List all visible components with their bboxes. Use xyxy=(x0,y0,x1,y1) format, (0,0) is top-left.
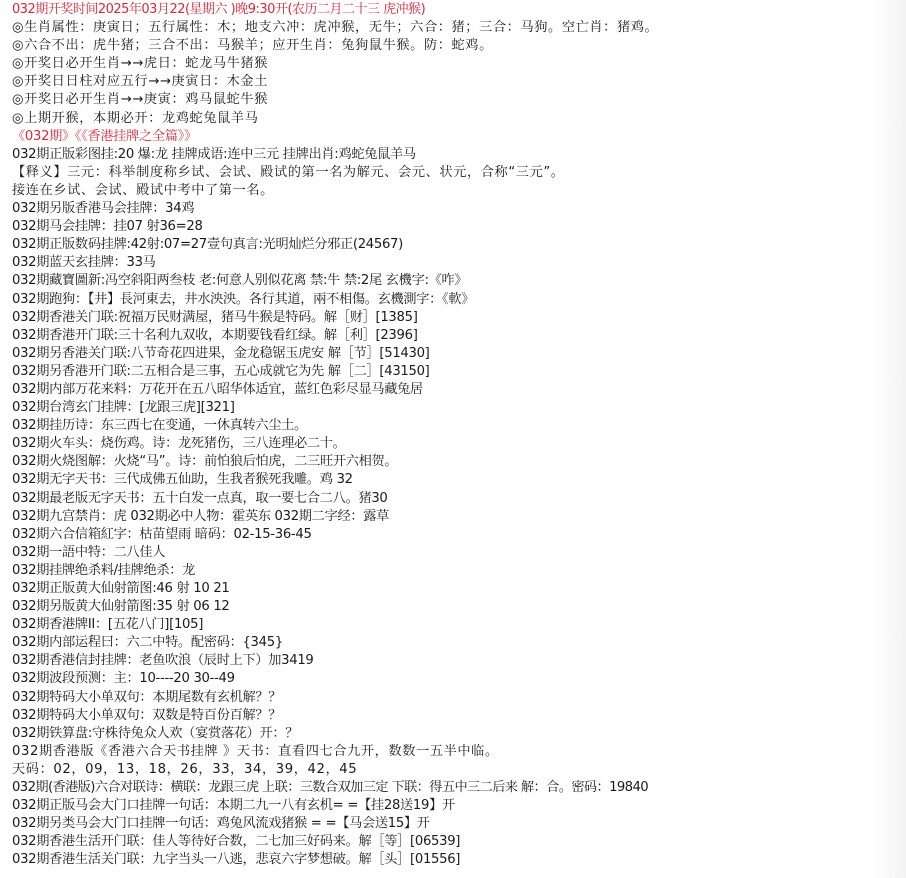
entry-line: 032期另香港关门联:八节奇花四进果，金龙稳锯玉虎安 解［节］[51430] xyxy=(12,345,906,363)
entry-line: 032期香港信封挂牌：老鱼吹浪（辰时上下）加3419 xyxy=(12,652,906,670)
entry-line: 032期马会挂牌：挂07 射36=28 xyxy=(12,218,906,236)
entry-line: 032期另香港开门联:二五相合是三事，五心成就它为先 解［二］[43150] xyxy=(12,363,906,381)
entry-line: 032期香港版《香港六合天书挂牌 》天书：直看四七合九开，数数一五半中临。 xyxy=(12,743,906,761)
entry-line: 032期另版香港马会挂牌：34鸡 xyxy=(12,200,906,218)
entry-line: 032期正版彩图挂:20 爆:龙 挂牌成语:连中三元 挂牌出肖:鸡蛇兔鼠羊马 xyxy=(12,146,906,164)
entry-line: 032期特码大小单双句：本期尾数有玄机解？？ xyxy=(12,689,906,707)
entry-line: 接连在乡试、会试、殿试中考中了第一名。 xyxy=(12,182,906,200)
entry-line: 032期火烧图解：火烧“马”。诗：前怕狼后怕虎，二三旺开六相贺。 xyxy=(12,453,906,471)
entry-line: 032期内部万花来料：万花开在五八昭华体适宜，蓝红色彩尽显马藏兔居 xyxy=(12,381,906,399)
entry-line: 032期藏寶圖新:冯空斜阳两叁枝 老:何意人别似花离 禁:牛 禁:2尾 玄機字:… xyxy=(12,272,906,290)
gengyin-must-zodiac-line: ◎开奖日必开生肖→→庚寅：鸡马鼠蛇牛猴 xyxy=(12,91,906,109)
entry-line: 032期另类马会大门口挂牌一句话：鸡兔风流戏猪猴 = =【马会送15】开 xyxy=(12,815,906,833)
entry-line: 032期香港开门联:三十名利九双收，本期要钱看红绿。解［利］[2396] xyxy=(12,327,906,345)
entry-line: 032期铁算盘:守株待兔众人欢（宴赏落花）开：？ xyxy=(12,725,906,743)
entry-line: 032期挂历诗：东三西七在变通，一休真转六尘土。 xyxy=(12,417,906,435)
entry-line: 032期蓝天玄挂牌：33马 xyxy=(12,254,906,272)
entry-line: 032期正版数码挂牌:42射:07=27壹句真言:光明灿烂分邪正(24567) xyxy=(12,236,906,254)
entry-line: 032期特码大小单双句：双数是特百份百解？？ xyxy=(12,707,906,725)
entry-line: 032期最老版无字天书：五十白发一点真，取一要七合二八。猪30 xyxy=(12,490,906,508)
entry-line: 032期另版黄大仙射箭图:35 射 06 12 xyxy=(12,598,906,616)
entry-line: 032期火车头：烧伤鸡。诗：龙死猪伤，三八连理必二十。 xyxy=(12,435,906,453)
entry-line: 032期台湾玄门挂牌：[龙跟三虎][321] xyxy=(12,399,906,417)
entry-line: 032期香港牌II：[五花八门][105] xyxy=(12,616,906,634)
entry-line: 032期香港生活开门联：佳人等待好合数，二七加三好码来。解［等］[06539] xyxy=(12,833,906,851)
last-period-line: ◎上期开猴，本期必开：龙鸡蛇兔鼠羊马 xyxy=(12,110,906,128)
entry-line: 032期无字天书：三代成佛五仙助，生我者猴死我雕。鸡 32 xyxy=(12,471,906,489)
document-body: 032期开奖时间2025年03月22(星期六 )晚9:30开(农历二月二十三 虎… xyxy=(0,0,906,870)
draw-time-header: 032期开奖时间2025年03月22(星期六 )晚9:30开(农历二月二十三 虎… xyxy=(12,1,906,19)
draw-day-must-zodiac-line: ◎开奖日必开生肖→→虎日：蛇龙马牛猪猴 xyxy=(12,55,906,73)
entry-line: 天码：02，09，13，18，26，33，34，39，42，45 xyxy=(12,761,906,779)
lottery-forecast-document: 032期开奖时间2025年03月22(星期六 )晚9:30开(农历二月二十三 虎… xyxy=(0,0,906,878)
entry-line: 032期九宫禁肖：虎 032期必中人物：霍英东 032期二字经：露草 xyxy=(12,508,906,526)
draw-day-wuxing-line: ◎开奖日日柱对应五行→→庚寅日：木金土 xyxy=(12,73,906,91)
entry-line: 032期内部运程曰：六二中特。配密码：{345} xyxy=(12,634,906,652)
entry-line: 032期香港生活关门联：九字当头一八逃，悲哀六字梦想破。解［头］[01556] xyxy=(12,851,906,869)
entry-line: 032期一語中特：二八佳人 xyxy=(12,544,906,562)
section-title: 《032期》《《香港挂牌之全篇》》 xyxy=(12,128,906,146)
entry-line: 032期跑狗：【井】長河東去，井水泱泱。各行其道，兩不相傷。玄機測字：《軟》 xyxy=(12,291,906,309)
entry-line: 032期正版马会大门口挂牌一句话：本期二九一八有玄机= =【挂28送19】开 xyxy=(12,797,906,815)
entry-line: 032期挂牌绝杀料/挂牌绝杀：龙 xyxy=(12,562,906,580)
entry-line: 032期(香港版)六合对联诗：横联：龙跟三虎 上联：三数合双加三定 下联：得五中… xyxy=(12,779,906,797)
entry-line: 032期六合信箱紅字：枯苗望雨 暗码：02-15-36-45 xyxy=(12,526,906,544)
entry-line: 【释义】三元：科举制度称乡试、会试、殿试的第一名为解元、会元、状元，合称“三元”… xyxy=(12,164,906,182)
entry-line: 032期波段预测：主：10----20 30--49 xyxy=(12,670,906,688)
zodiac-attributes-line: ◎生肖属性：庚寅日；五行属性：木；地支六冲：虎冲猴，无牛；六合：猪；三合：马狗。… xyxy=(12,19,906,37)
liuhe-not-out-line: ◎六合不出：虎牛猪；三合不出：马猴羊；应开生肖：兔狗鼠牛猴。防：蛇鸡。 xyxy=(12,37,906,55)
entry-line: 032期香港关门联:祝福万民财满屋，猪马牛猴是特码。解［财］[1385] xyxy=(12,309,906,327)
entry-line: 032期正版黄大仙射箭图:46 射 10 21 xyxy=(12,580,906,598)
